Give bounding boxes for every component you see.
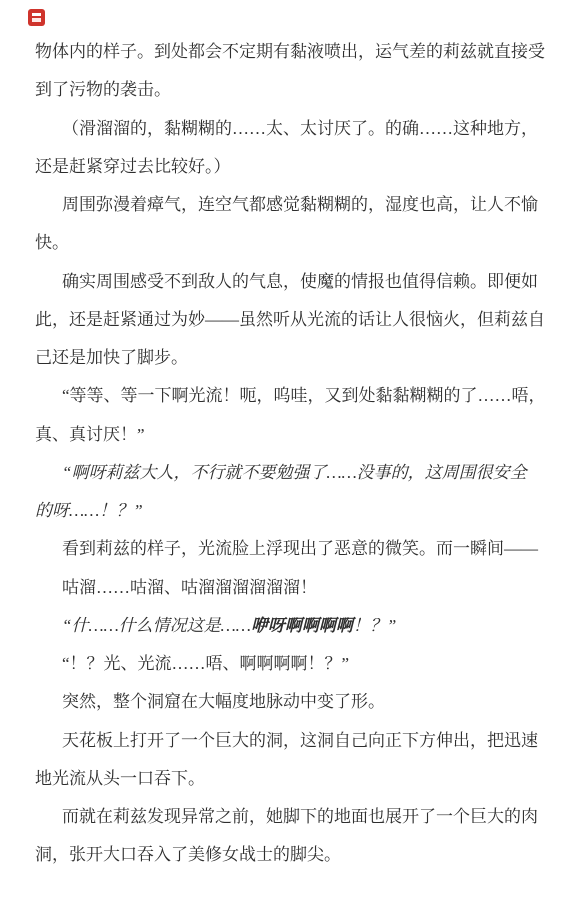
- text-line: 天花板上打开了一个巨大的洞，这洞自己向正下方伸出，把迅速: [35, 722, 550, 760]
- dialogue-text: “什……什么情况这是……: [62, 616, 251, 635]
- text-line: 而就在莉兹发现异常之前，她脚下的地面也展开了一个巨大的肉: [35, 798, 550, 836]
- text-line: 己还是加快了脚步。: [35, 339, 550, 377]
- document-page: 物体内的样子。到处都会不定期有黏液喷出，运气差的莉兹就直接受 到了污物的袭击。 …: [0, 0, 585, 897]
- text-line: “等等、等一下啊光流！呃，呜哇，又到处黏黏糊糊的了……唔，: [35, 377, 550, 415]
- text-line: 此，还是赶紧通过为妙——虽然听从光流的话让人很恼火，但莉兹自: [35, 301, 550, 339]
- app-badge-icon: [28, 9, 45, 26]
- dialogue-text: ！？”: [353, 616, 396, 635]
- text-line: “什……什么情况这是……咿呀啊啊啊啊！？”: [35, 607, 550, 645]
- text-line: 看到莉兹的样子，光流脸上浮现出了恶意的微笑。而一瞬间——: [35, 530, 550, 568]
- text-content: 物体内的样子。到处都会不定期有黏液喷出，运气差的莉兹就直接受 到了污物的袭击。 …: [35, 33, 550, 875]
- text-line: 还是赶紧穿过去比较好。）: [35, 148, 550, 186]
- text-line: 突然，整个洞窟在大幅度地脉动中变了形。: [35, 683, 550, 721]
- text-line: 真、真讨厌！”: [35, 416, 550, 454]
- text-line: 到了污物的袭击。: [35, 71, 550, 109]
- text-line: “！？光、光流……唔、啊啊啊啊！？”: [35, 645, 550, 683]
- text-line: 地光流从头一口吞下。: [35, 760, 550, 798]
- text-line: 物体内的样子。到处都会不定期有黏液喷出，运气差的莉兹就直接受: [35, 33, 550, 71]
- text-line: “啊呀莉兹大人，不行就不要勉强了……没事的，这周围很安全: [35, 454, 550, 492]
- text-line: 的呀……！？”: [35, 492, 550, 530]
- text-line: 周围弥漫着瘴气，连空气都感觉黏糊糊的，湿度也高，让人不愉: [35, 186, 550, 224]
- dialogue-emphasis-text: 咿呀啊啊啊啊: [251, 616, 353, 635]
- text-line: （滑溜溜的，黏糊糊的……太、太讨厌了。的确……这种地方，: [35, 110, 550, 148]
- text-line: 洞，张开大口吞入了美修女战士的脚尖。: [35, 836, 550, 874]
- text-line: 确实周围感受不到敌人的气息，使魔的情报也值得信赖。即便如: [35, 263, 550, 301]
- text-line: 快。: [35, 224, 550, 262]
- text-line: 咕溜……咕溜、咕溜溜溜溜溜溜！: [35, 569, 550, 607]
